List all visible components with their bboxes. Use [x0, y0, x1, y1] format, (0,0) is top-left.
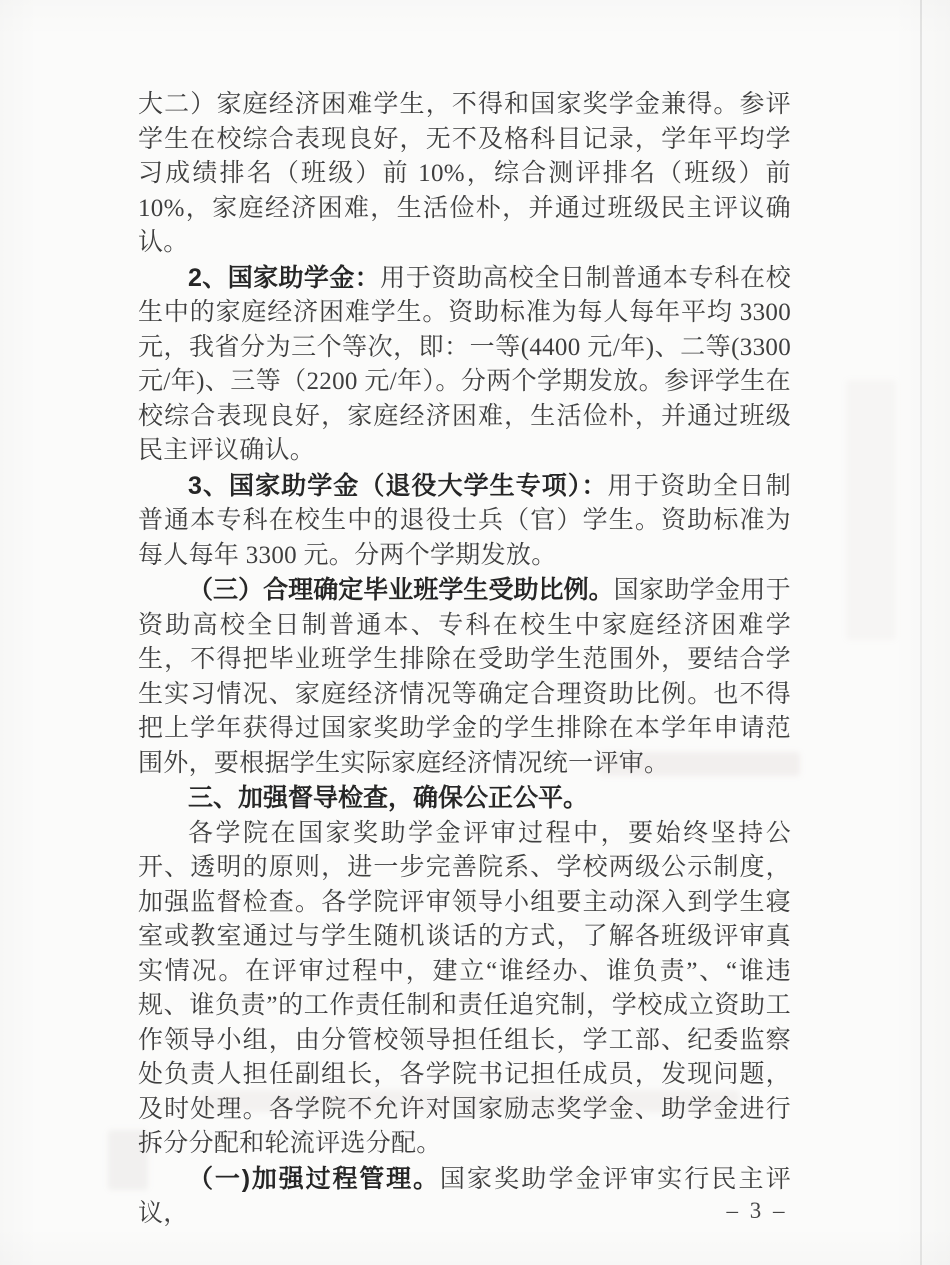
- para-graduating-class-ratio: （三）合理确定毕业班学生受助比例。国家助学金用于资助高校全日制普通本、专科在校生…: [138, 573, 791, 781]
- scanned-document-page: 大二）家庭经济困难学生，不得和国家奖学金兼得。参评学生在校综合表现良好，无不及格…: [0, 0, 950, 1265]
- bold-run: 3、国家助学金（退役大学生专项）：: [188, 472, 608, 500]
- text-run: 大二）家庭经济困难学生，不得和国家奖学金兼得。参评学生在校综合表现良好，无不及格…: [138, 91, 791, 256]
- para-veteran-grant: 3、国家助学金（退役大学生专项）：用于资助全日制普通本专科在校生中的退役士兵（官…: [138, 469, 791, 574]
- bold-run: 2、国家助学金：: [188, 264, 380, 292]
- heading-supervision: 三、加强督导检查，确保公正公平。: [138, 781, 791, 817]
- scan-edge-line: [920, 0, 922, 1265]
- page-number: – 3 –: [712, 1198, 802, 1224]
- para-national-grant: 2、国家助学金：用于资助高校全日制普通本专科在校生中的家庭经济困难学生。资助标准…: [138, 261, 791, 469]
- document-body: 大二）家庭经济困难学生，不得和国家奖学金兼得。参评学生在校综合表现良好，无不及格…: [138, 88, 791, 1232]
- para-process-management: （一)加强过程管理。国家奖助学金评审实行民主评议，: [138, 1162, 791, 1232]
- bold-run: （三）合理确定毕业班学生受助比例。: [188, 576, 614, 604]
- text-run: 用于资助高校全日制普通本专科在校生中的家庭经济困难学生。资助标准为每人每年平均 …: [138, 265, 791, 465]
- para-supervision-detail: 各学院在国家奖助学金评审过程中，要始终坚持公开、透明的原则，进一步完善院系、学校…: [138, 817, 791, 1162]
- text-run: 国家助学金用于资助高校全日制普通本、专科在校生中家庭经济困难学生，不得把毕业班学…: [138, 577, 791, 777]
- bold-run: （一)加强过程管理。: [188, 1165, 440, 1193]
- para-continued-from-previous-page: 大二）家庭经济困难学生，不得和国家奖学金兼得。参评学生在校综合表现良好，无不及格…: [138, 88, 791, 261]
- text-run: 各学院在国家奖助学金评审过程中，要始终坚持公开、透明的原则，进一步完善院系、学校…: [138, 820, 791, 1158]
- scan-artifact: [846, 380, 896, 640]
- bold-run: 三、加强督导检查，确保公正公平。: [188, 784, 588, 812]
